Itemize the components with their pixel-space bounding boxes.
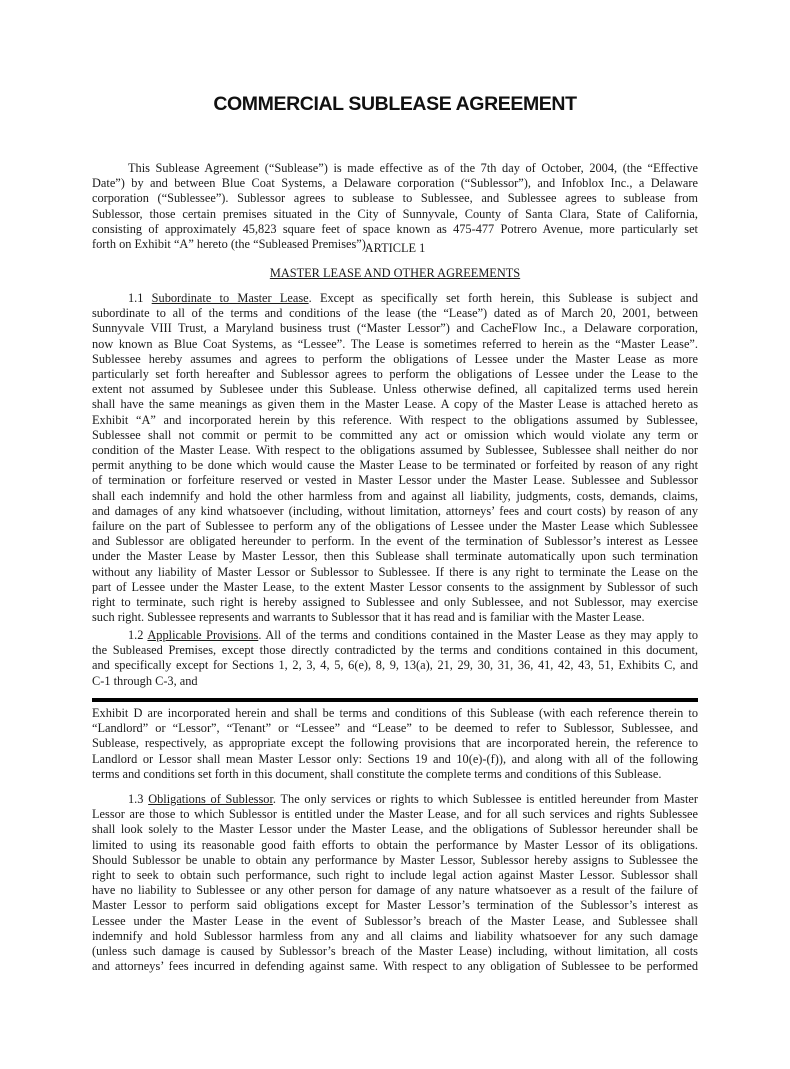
- section-1-3: 1.3 Obligations of Sublessor. The only s…: [92, 792, 698, 974]
- section-line: Exhibit “A” and incorporated herein by t…: [92, 413, 698, 428]
- section-line: Exhibit D are incorporated herein and sh…: [92, 706, 698, 721]
- section-line: Sublessee shall not commit or permit to …: [92, 428, 698, 443]
- section-line: and damages of any kind whatsoever (incl…: [92, 504, 698, 519]
- section-line: of termination or forfeiture reserved or…: [92, 473, 698, 488]
- section-line: without any liability of Master Lessor o…: [92, 565, 698, 580]
- section-line: under the Master Lease by Master Lessor,…: [92, 549, 698, 564]
- section-line: right to terminate, such right is hereby…: [92, 595, 698, 610]
- section-1-2: 1.2 Applicable Provisions. All of the te…: [92, 628, 698, 689]
- section-line: permit anything to be done which would c…: [92, 458, 698, 473]
- section-line: shall each indemnify and hold the other …: [92, 489, 698, 504]
- section-line: part of Lessee under the Master Lease, t…: [92, 580, 698, 595]
- section-line: Sublease, respectively, as appropriate e…: [92, 736, 698, 751]
- section-heading: Applicable Provisions: [147, 628, 258, 642]
- section-line: limited to using its reasonable good fai…: [92, 838, 698, 853]
- section-line: “Landlord” or “Lessor”, “Tenant” or “Les…: [92, 721, 698, 736]
- intro-line: This Sublease Agreement (“Sublease”) is …: [92, 161, 698, 176]
- section-line: shall have the same meanings as given th…: [92, 397, 698, 412]
- section-number: 1.1: [128, 291, 143, 305]
- section-heading: Subordinate to Master Lease: [152, 291, 309, 305]
- section-line: indemnify and hold Sublessor harmless fr…: [92, 929, 698, 944]
- article-number: ARTICLE 1: [92, 241, 698, 256]
- section-line: Landlord or Lessor shall mean Master Les…: [92, 752, 698, 767]
- section-line: such right. Sublessee represents and war…: [92, 610, 698, 625]
- section-line: condition of the Master Lease. With resp…: [92, 443, 698, 458]
- section-1-2-continued: Exhibit D are incorporated herein and sh…: [92, 706, 698, 782]
- section-line: Sunnyvale VIII Trust, a Maryland busines…: [92, 321, 698, 336]
- section-line: right to seek to obtain such performance…: [92, 868, 698, 883]
- section-line: Lessor are those to which Sublessor is e…: [92, 807, 698, 822]
- section-line: Should Sublessor be unable to obtain any…: [92, 853, 698, 868]
- intro-paragraph: This Sublease Agreement (“Sublease”) is …: [92, 161, 698, 252]
- section-line: now known as Blue Coat Systems, as “Less…: [92, 337, 698, 352]
- section-number: 1.2: [128, 628, 143, 642]
- intro-line: corporation (“Sublessee”). Sublessor agr…: [92, 191, 698, 206]
- section-line: particularly set forth hereafter and Sub…: [92, 367, 698, 382]
- section-line: and specifically except for Sections 1, …: [92, 658, 698, 673]
- section-line: have no liability to Sublessee or any ot…: [92, 883, 698, 898]
- section-line: subordinate to all of the terms and cond…: [92, 306, 698, 321]
- intro-line: Date”) by and between Blue Coat Systems,…: [92, 176, 698, 191]
- section-1-1: 1.1 Subordinate to Master Lease. Except …: [92, 291, 698, 625]
- section-line: the Subleased Premises, except those dir…: [92, 643, 698, 658]
- section-line: (unless such damage is caused by Subless…: [92, 944, 698, 959]
- section-line: failure on the part of Sublessee to perf…: [92, 519, 698, 534]
- section-heading: Obligations of Sublessor: [148, 792, 273, 806]
- section-number: 1.3: [128, 792, 143, 806]
- section-line: Master Lessor to perform said obligation…: [92, 898, 698, 913]
- section-line: 1.3 Obligations of Sublessor. The only s…: [92, 792, 698, 807]
- section-line: extent not assumed by Sublesee under thi…: [92, 382, 698, 397]
- document-title: COMMERCIAL SUBLEASE AGREEMENT: [92, 97, 698, 112]
- section-line: 1.1 Subordinate to Master Lease. Except …: [92, 291, 698, 306]
- section-line: 1.2 Applicable Provisions. All of the te…: [92, 628, 698, 643]
- section-line: and Sublessor are obligated hereunder to…: [92, 534, 698, 549]
- section-line: C-1 through C-3, and: [92, 674, 698, 689]
- section-line: terms and conditions set forth in this d…: [92, 767, 698, 782]
- section-line: Lessee under the Master Lease in the eve…: [92, 914, 698, 929]
- section-line: Sublessee hereby assumes and agrees to p…: [92, 352, 698, 367]
- section-line: shall look solely to the Master Lessor u…: [92, 822, 698, 837]
- article-heading: MASTER LEASE AND OTHER AGREEMENTS: [92, 266, 698, 281]
- intro-line: Sublessor, those certain premises situat…: [92, 207, 698, 222]
- section-line: and attorneys’ fees incurred in defendin…: [92, 959, 698, 974]
- intro-line: consisting of approximately 45,823 squar…: [92, 222, 698, 237]
- page-break-divider: [92, 698, 698, 702]
